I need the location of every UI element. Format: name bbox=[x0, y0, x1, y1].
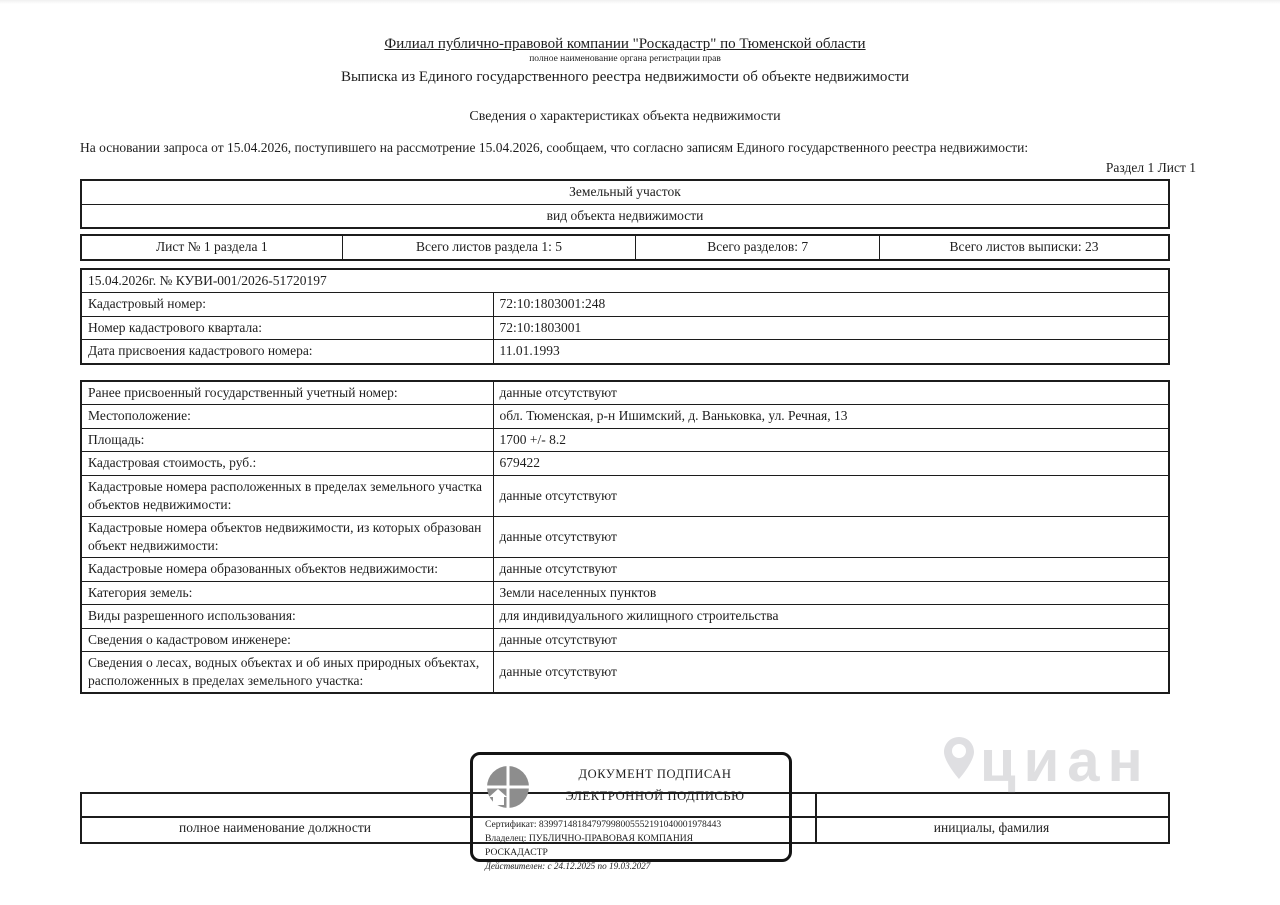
initials-surname-label: инициалы, фамилия bbox=[815, 820, 1168, 836]
sheets-summary-table: Лист № 1 раздела 1 Всего листов раздела … bbox=[80, 234, 1170, 261]
object-type-table: Земельный участок вид объекта недвижимос… bbox=[80, 179, 1170, 229]
row-value: данные отсутствуют bbox=[493, 652, 1169, 694]
row-label: Сведения о кадастровом инженере: bbox=[81, 628, 493, 652]
row-label: Сведения о лесах, водных объектах и об и… bbox=[81, 652, 493, 694]
row-value: данные отсутствуют bbox=[493, 628, 1169, 652]
row-label: Дата присвоения кадастрового номера: bbox=[81, 340, 493, 364]
object-details-table: Ранее присвоенный государственный учетны… bbox=[80, 380, 1170, 695]
row-value: данные отсутствуют bbox=[493, 517, 1169, 558]
document-page: Филиал публично-правовой компании "Роска… bbox=[0, 0, 1280, 905]
row-label: Кадастровая стоимость, руб.: bbox=[81, 452, 493, 476]
stamp-owner-line1: Владелец: ПУБЛИЧНО-ПРАВОВАЯ КОМПАНИЯ bbox=[485, 832, 779, 846]
table-row: Номер кадастрового квартала: 72:10:18030… bbox=[81, 316, 1169, 340]
row-label: Кадастровые номера объектов недвижимости… bbox=[81, 517, 493, 558]
table-row: Кадастровый номер: 72:10:1803001:248 bbox=[81, 293, 1169, 317]
table-row: Дата присвоения кадастрового номера: 11.… bbox=[81, 340, 1169, 364]
stamp-owner-line2: РОСКАДАСТР bbox=[485, 846, 779, 860]
position-name-label: полное наименование должности bbox=[80, 820, 470, 836]
document-header: Филиал публично-правовой компании "Роска… bbox=[80, 36, 1170, 125]
document-content: Филиал публично-правовой компании "Роска… bbox=[80, 0, 1170, 694]
row-label: Номер кадастрового квартала: bbox=[81, 316, 493, 340]
row-label: Виды разрешенного использования: bbox=[81, 605, 493, 629]
row-value: данные отсутствуют bbox=[493, 558, 1169, 582]
table-row: Кадастровая стоимость, руб.: 679422 bbox=[81, 452, 1169, 476]
stamp-title: ДОКУМЕНТ ПОДПИСАН ЭЛЕКТРОННОЙ ПОДПИСЬЮ bbox=[531, 762, 779, 808]
table-row: Сведения о лесах, водных объектах и об и… bbox=[81, 652, 1169, 694]
object-type-caption: вид объекта недвижимости bbox=[81, 204, 1169, 228]
stamp-title-line2: ЭЛЕКТРОННОЙ ПОДПИСЬЮ bbox=[531, 786, 779, 808]
stamp-title-line1: ДОКУМЕНТ ПОДПИСАН bbox=[531, 764, 779, 786]
row-label: Местоположение: bbox=[81, 405, 493, 429]
row-label: Площадь: bbox=[81, 428, 493, 452]
cadastral-number-table: 15.04.2026г. № КУВИ-001/2026-51720197 Ка… bbox=[80, 268, 1170, 365]
row-label: Кадастровые номера образованных объектов… bbox=[81, 558, 493, 582]
sheet-number-cell: Лист № 1 раздела 1 bbox=[81, 235, 342, 260]
row-label: Кадастровый номер: bbox=[81, 293, 493, 317]
row-value: обл. Тюменская, р-н Ишимский, д. Ваньков… bbox=[493, 405, 1169, 429]
stamp-validity: Действителен: с 24.12.2025 по 19.03.2027 bbox=[485, 860, 779, 873]
table-row: Кадастровые номера объектов недвижимости… bbox=[81, 517, 1169, 558]
table-row: Кадастровые номера расположенных в преде… bbox=[81, 476, 1169, 517]
row-value: 1700 +/- 8.2 bbox=[493, 428, 1169, 452]
row-value: для индивидуального жилищного строительс… bbox=[493, 605, 1169, 629]
stamp-certificate: Сертификат: 8399714818479799800555219104… bbox=[485, 818, 779, 832]
total-sheets-cell: Всего листов выписки: 23 bbox=[880, 235, 1169, 260]
signature-border bbox=[1168, 792, 1170, 842]
org-name-caption: полное наименование органа регистрации п… bbox=[80, 54, 1170, 64]
row-value: Земли населенных пунктов bbox=[493, 581, 1169, 605]
row-value: 72:10:1803001 bbox=[493, 316, 1169, 340]
row-value: 679422 bbox=[493, 452, 1169, 476]
row-label: Кадастровые номера расположенных в преде… bbox=[81, 476, 493, 517]
digital-signature-stamp: ДОКУМЕНТ ПОДПИСАН ЭЛЕКТРОННОЙ ПОДПИСЬЮ С… bbox=[470, 752, 792, 862]
row-label: Категория земель: bbox=[81, 581, 493, 605]
table-row: Ранее присвоенный государственный учетны… bbox=[81, 381, 1169, 405]
table-row: 15.04.2026г. № КУВИ-001/2026-51720197 bbox=[81, 269, 1169, 293]
table-row: Площадь: 1700 +/- 8.2 bbox=[81, 428, 1169, 452]
section-sheet-label: Раздел 1 Лист 1 bbox=[80, 160, 1196, 176]
table-row: Местоположение: обл. Тюменская, р-н Ишим… bbox=[81, 405, 1169, 429]
table-row: Земельный участок bbox=[81, 180, 1169, 204]
row-label: Ранее присвоенный государственный учетны… bbox=[81, 381, 493, 405]
table-row: вид объекта недвижимости bbox=[81, 204, 1169, 228]
roskadastr-logo-icon bbox=[485, 764, 531, 815]
total-sections-cell: Всего разделов: 7 bbox=[636, 235, 880, 260]
signature-block: полное наименование должности инициалы, … bbox=[80, 740, 1170, 880]
request-number-cell: 15.04.2026г. № КУВИ-001/2026-51720197 bbox=[81, 269, 1169, 293]
section-sheets-cell: Всего листов раздела 1: 5 bbox=[342, 235, 636, 260]
table-row: Виды разрешенного использования: для инд… bbox=[81, 605, 1169, 629]
stamp-details: Сертификат: 8399714818479799800555219104… bbox=[485, 818, 779, 873]
row-value: данные отсутствуют bbox=[493, 381, 1169, 405]
row-value: 72:10:1803001:248 bbox=[493, 293, 1169, 317]
object-type-value: Земельный участок bbox=[81, 180, 1169, 204]
document-title: Выписка из Единого государственного реес… bbox=[80, 69, 1170, 86]
row-value: данные отсутствуют bbox=[493, 476, 1169, 517]
request-basis-line: На основании запроса от 15.04.2026, пост… bbox=[80, 140, 1170, 156]
section-title: Сведения о характеристиках объекта недви… bbox=[80, 109, 1170, 125]
table-row: Сведения о кадастровом инженере: данные … bbox=[81, 628, 1169, 652]
table-row: Категория земель: Земли населенных пункт… bbox=[81, 581, 1169, 605]
table-row: Лист № 1 раздела 1 Всего листов раздела … bbox=[81, 235, 1169, 260]
stamp-header: ДОКУМЕНТ ПОДПИСАН ЭЛЕКТРОННОЙ ПОДПИСЬЮ bbox=[485, 762, 779, 815]
table-row: Кадастровые номера образованных объектов… bbox=[81, 558, 1169, 582]
org-name: Филиал публично-правовой компании "Роска… bbox=[80, 36, 1170, 53]
row-value: 11.01.1993 bbox=[493, 340, 1169, 364]
